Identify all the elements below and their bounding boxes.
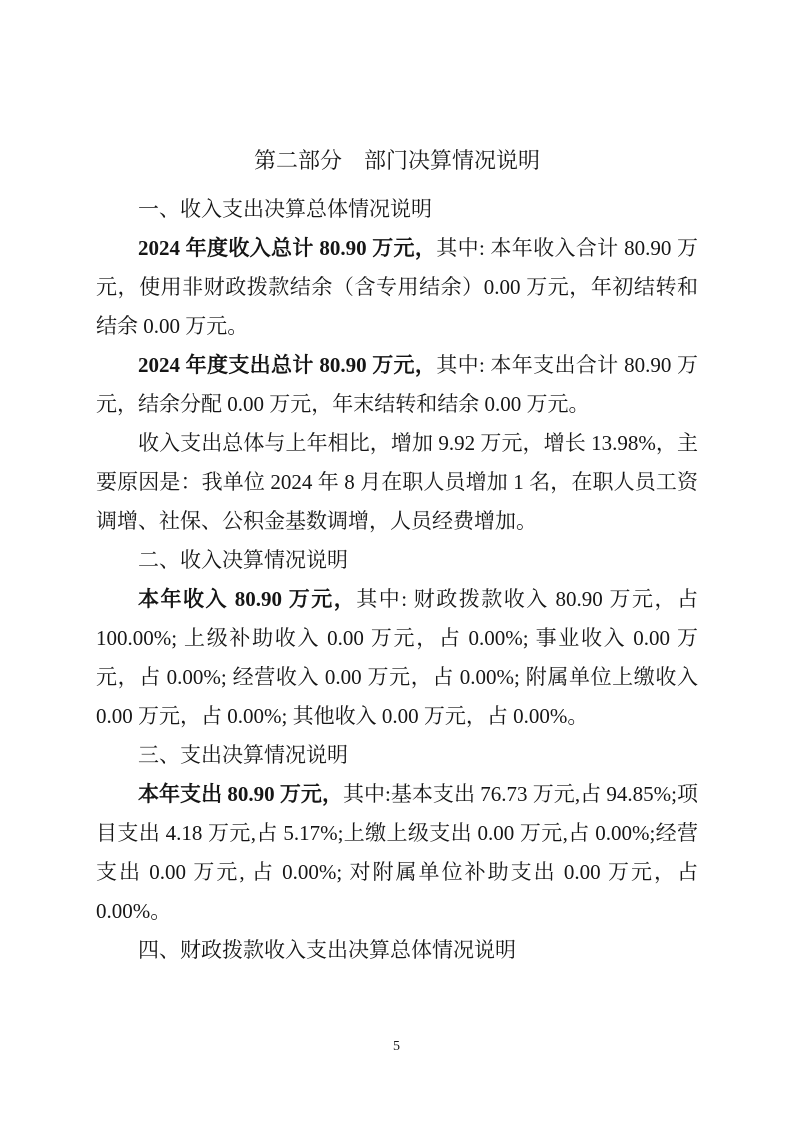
document-body: 一、收入支出决算总体情况说明2024 年度收入总计 80.90 万元，其中: 本… [96, 190, 698, 970]
paragraph: 收入支出总体与上年相比，增加 9.92 万元，增长 13.98%，主要原因是：我… [96, 424, 698, 541]
document-title: 第二部分 部门决算情况说明 [96, 142, 698, 180]
body-text: 三、支出决算情况说明 [138, 743, 348, 767]
paragraph: 2024 年度支出总计 80.90 万元，其中: 本年支出合计 80.90 万元… [96, 346, 698, 424]
emphasis-text: 本年支出 80.90 万元， [138, 782, 343, 806]
emphasis-text: 2024 年度支出总计 80.90 万元， [138, 353, 436, 377]
paragraph: 2024 年度收入总计 80.90 万元，其中: 本年收入合计 80.90 万元… [96, 229, 698, 346]
section-heading: 三、支出决算情况说明 [96, 736, 698, 775]
section-heading: 二、收入决算情况说明 [96, 541, 698, 580]
body-text: 二、收入决算情况说明 [138, 548, 348, 572]
emphasis-text: 本年收入 80.90 万元， [138, 587, 356, 611]
emphasis-text: 2024 年度收入总计 80.90 万元， [138, 236, 436, 260]
page-number: 5 [0, 1037, 793, 1057]
document-page: 第二部分 部门决算情况说明 一、收入支出决算总体情况说明2024 年度收入总计 … [0, 0, 793, 1122]
paragraph: 本年支出 80.90 万元，其中:基本支出 76.73 万元,占 94.85%;… [96, 775, 698, 931]
section-heading: 四、财政拨款收入支出决算总体情况说明 [96, 931, 698, 970]
paragraph: 本年收入 80.90 万元，其中: 财政拨款收入 80.90 万元，占 100.… [96, 580, 698, 736]
section-heading: 一、收入支出决算总体情况说明 [96, 190, 698, 229]
body-text: 四、财政拨款收入支出决算总体情况说明 [138, 938, 516, 962]
body-text: 一、收入支出决算总体情况说明 [138, 197, 432, 221]
body-text: 收入支出总体与上年相比，增加 9.92 万元，增长 13.98%，主要原因是：我… [96, 431, 698, 533]
